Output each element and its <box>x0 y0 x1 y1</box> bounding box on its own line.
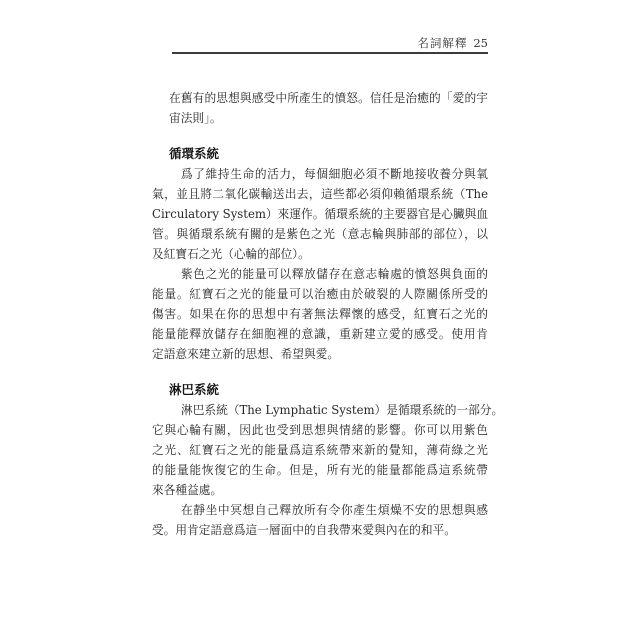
text-line: 受。用肯定語意爲這一層面中的自我帶來愛與內在的和平。 <box>152 520 488 540</box>
intro-paragraph: 在舊有的思想與感受中所產生的憤怒。信任是治癒的「愛的宇 宙法則」。 <box>169 88 488 128</box>
header-rule <box>172 52 488 54</box>
lymphatic-paragraph-2: 在靜坐中冥想自己釋放所有令你產生煩燥不安的思想與感 受。用肯定語意爲這一層面中的… <box>152 500 488 540</box>
text-line: 來各種益處。 <box>152 480 488 500</box>
section-heading-lymphatic-system: 淋巴系統 <box>169 380 488 400</box>
text-line: 它與心輪有關，因此也受到思想與情緒的影響。你可以用紫色 <box>152 420 488 440</box>
text-line: 及紅寶石之光（心輪的部位）。 <box>152 244 488 264</box>
text-line: 淋巴系統（The Lymphatic System）是循環系統的一部分。 <box>152 400 488 420</box>
text-line: 在靜坐中冥想自己釋放所有令你產生煩燥不安的思想與感 <box>152 500 488 520</box>
text-line: 在舊有的思想與感受中所產生的憤怒。信任是治癒的「愛的宇 <box>169 88 488 108</box>
lymphatic-paragraph-1: 淋巴系統（The Lymphatic System）是循環系統的一部分。 它與心… <box>152 400 488 500</box>
text-line: 傷害。如果在你的思想中有著無法釋懷的感受，紅寶石之光的 <box>152 304 488 324</box>
text-line: 的能量能恢復它的生命。但是，所有光的能量都能爲這系統帶 <box>152 460 488 480</box>
text-line: 管。與循環系統有關的是紫色之光（意志輪與肺部的部位），以 <box>152 224 488 244</box>
text-line: 紫色之光的能量可以釋放儲存在意志輪處的憤怒與負面的 <box>152 264 488 284</box>
text-line: 能量能釋放儲存在細胞裡的意識，重新建立愛的感受。使用肯 <box>152 324 488 344</box>
circulatory-paragraph-1: 爲了維持生命的活力，每個細胞必須不斷地接收養分與氧 氣，並且將二氧化碳輸送出去，… <box>152 164 488 264</box>
text-line: 能量。紅寶石之光的能量可以治癒由於破裂的人際關係所受的 <box>152 284 488 304</box>
running-head: 名詞解釋25 <box>417 35 488 51</box>
section-heading-circulatory-system: 循環系統 <box>169 144 488 164</box>
page-number: 25 <box>473 36 488 50</box>
text-line: 爲了維持生命的活力，每個細胞必須不斷地接收養分與氧 <box>152 164 488 184</box>
text-line: 宙法則」。 <box>169 108 488 128</box>
book-page: 名詞解釋25 在舊有的思想與感受中所產生的憤怒。信任是治癒的「愛的宇 宙法則」。… <box>0 0 642 642</box>
running-head-title: 名詞解釋 <box>417 36 467 50</box>
circulatory-paragraph-2: 紫色之光的能量可以釋放儲存在意志輪處的憤怒與負面的 能量。紅寶石之光的能量可以治… <box>152 264 488 364</box>
page-content: 在舊有的思想與感受中所產生的憤怒。信任是治癒的「愛的宇 宙法則」。 循環系統 爲… <box>152 88 488 540</box>
text-line: Circulatory System）來運作。循環系統的主要器官是心臟與血 <box>152 204 488 224</box>
text-line: 氣，並且將二氧化碳輸送出去，這些都必須仰賴循環系統（The <box>152 184 488 204</box>
text-line: 之光、紅寶石之光的能量爲這系統帶來新的覺知，薄荷綠之光 <box>152 440 488 460</box>
text-line: 定語意來建立新的思想、希望與愛。 <box>152 344 488 364</box>
